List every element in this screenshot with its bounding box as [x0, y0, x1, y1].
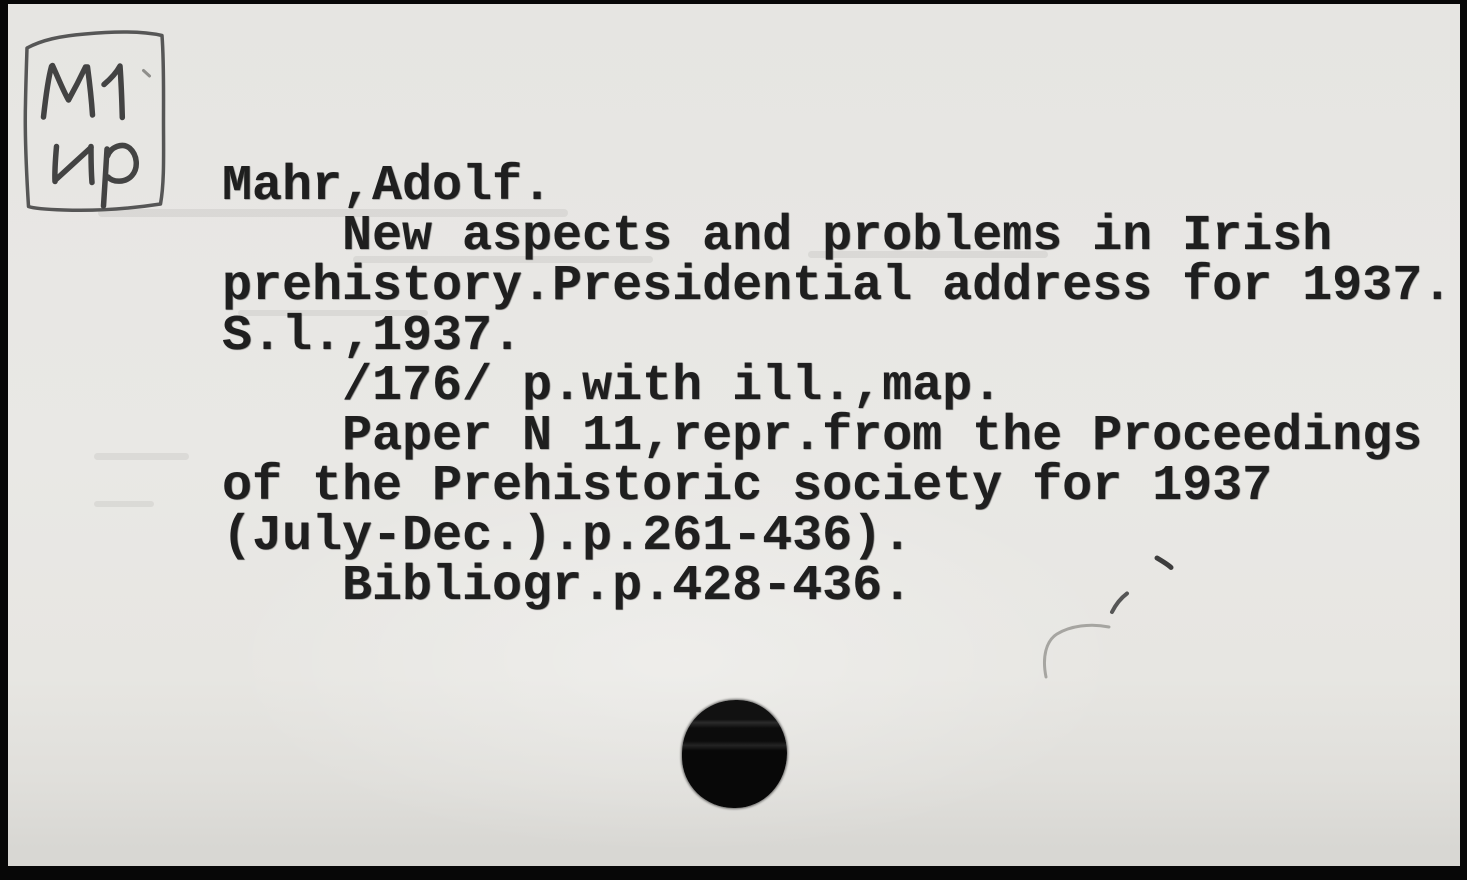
- typed-line: prehistory.Presidential address for 1937…: [222, 262, 1452, 312]
- typed-line: New aspects and problems in Irish: [222, 212, 1452, 262]
- author-heading: Mahr,Adolf.: [222, 162, 1452, 212]
- typed-line: of the Prehistoric society for 1937: [222, 462, 1452, 512]
- punch-hole: [682, 700, 787, 808]
- typed-line: (July-Dec.).p.261-436).: [222, 512, 1452, 562]
- typed-line: /176/ p.with ill.,map.: [222, 362, 1452, 412]
- scan-streak: [94, 501, 154, 507]
- typed-line: Bibliogr.p.428-436.: [222, 562, 1452, 612]
- typed-line: Paper N 11,repr.from the Proceedings: [222, 412, 1452, 462]
- typed-entry: Mahr,Adolf. New aspects and problems in …: [222, 162, 1452, 612]
- scan-streak: [94, 453, 189, 460]
- scanned-catalog-card: Mahr,Adolf. New aspects and problems in …: [0, 0, 1467, 880]
- typed-line: S.l.,1937.: [222, 312, 1452, 362]
